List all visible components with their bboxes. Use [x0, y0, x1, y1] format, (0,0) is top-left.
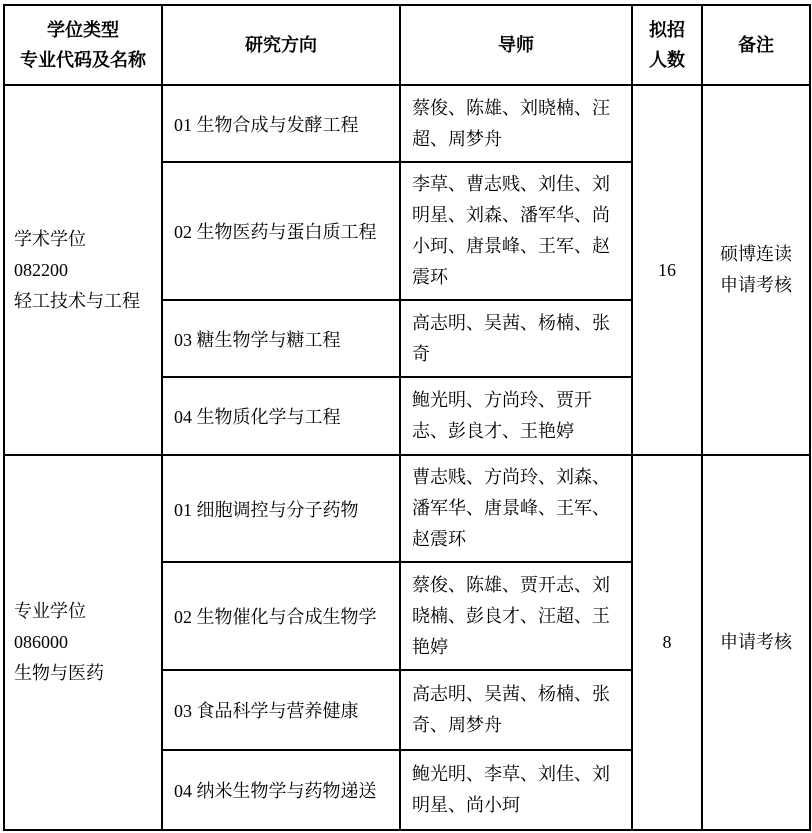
- quota-cell-professional: 8: [632, 455, 702, 830]
- direction-cell: 03 食品科学与营养健康: [162, 670, 400, 750]
- advisors-cell: 曹志贱、方尚玲、刘森、潘军华、唐景峰、王军、赵震环: [400, 455, 632, 562]
- advisors-cell: 鲍光明、方尚玲、贾开志、彭良才、王艳婷: [400, 377, 632, 455]
- note-line1: 硕博连读: [703, 239, 809, 270]
- table-row: 专业学位 086000 生物与医药 01 细胞调控与分子药物 曹志贱、方尚玲、刘…: [4, 455, 810, 562]
- header-row: 学位类型 专业代码及名称 研究方向 导师 拟招 人数 备注: [4, 5, 810, 85]
- advisors-cell: 李草、曹志贱、刘佳、刘明星、刘森、潘军华、尚小珂、唐景峰、王军、赵震环: [400, 162, 632, 300]
- advisors-cell: 鲍光明、李草、刘佳、刘明星、尚小珂: [400, 750, 632, 830]
- degree-type-label: 学术学位: [14, 224, 157, 255]
- table-row: 学术学位 082200 轻工技术与工程 01 生物合成与发酵工程 蔡俊、陈雄、刘…: [4, 85, 810, 162]
- admissions-table: 学位类型 专业代码及名称 研究方向 导师 拟招 人数 备注 学术学位 08220…: [3, 4, 811, 831]
- direction-cell: 02 生物医药与蛋白质工程: [162, 162, 400, 300]
- major-code: 082200: [14, 255, 157, 286]
- direction-cell: 01 细胞调控与分子药物: [162, 455, 400, 562]
- degree-cell-academic: 学术学位 082200 轻工技术与工程: [4, 85, 162, 455]
- direction-cell: 04 生物质化学与工程: [162, 377, 400, 455]
- direction-cell: 02 生物催化与合成生物学: [162, 562, 400, 670]
- direction-cell: 04 纳米生物学与药物递送: [162, 750, 400, 830]
- note-cell-academic: 硕博连读 申请考核: [702, 85, 810, 455]
- header-advisor: 导师: [400, 5, 632, 85]
- major-name: 轻工技术与工程: [14, 286, 157, 317]
- advisors-cell: 蔡俊、陈雄、贾开志、刘晓楠、彭良才、汪超、王艳婷: [400, 562, 632, 670]
- degree-type-label: 专业学位: [14, 596, 157, 627]
- advisors-cell: 高志明、吴茜、杨楠、张奇、周梦舟: [400, 670, 632, 750]
- quota-cell-academic: 16: [632, 85, 702, 455]
- note-line1: 申请考核: [703, 627, 809, 658]
- note-cell-professional: 申请考核: [702, 455, 810, 830]
- header-quota-line1: 拟招: [633, 15, 701, 45]
- header-note: 备注: [702, 5, 810, 85]
- degree-cell-professional: 专业学位 086000 生物与医药: [4, 455, 162, 830]
- major-name: 生物与医药: [14, 658, 157, 689]
- direction-cell: 03 糖生物学与糖工程: [162, 300, 400, 377]
- header-quota: 拟招 人数: [632, 5, 702, 85]
- advisors-cell: 蔡俊、陈雄、刘晓楠、汪超、周梦舟: [400, 85, 632, 162]
- header-quota-line2: 人数: [633, 45, 701, 75]
- header-degree-type-line1: 学位类型: [5, 15, 161, 45]
- header-degree-type-line2: 专业代码及名称: [5, 45, 161, 75]
- direction-cell: 01 生物合成与发酵工程: [162, 85, 400, 162]
- major-code: 086000: [14, 627, 157, 658]
- header-research-direction: 研究方向: [162, 5, 400, 85]
- header-degree-type: 学位类型 专业代码及名称: [4, 5, 162, 85]
- note-line2: 申请考核: [703, 270, 809, 301]
- advisors-cell: 高志明、吴茜、杨楠、张奇: [400, 300, 632, 377]
